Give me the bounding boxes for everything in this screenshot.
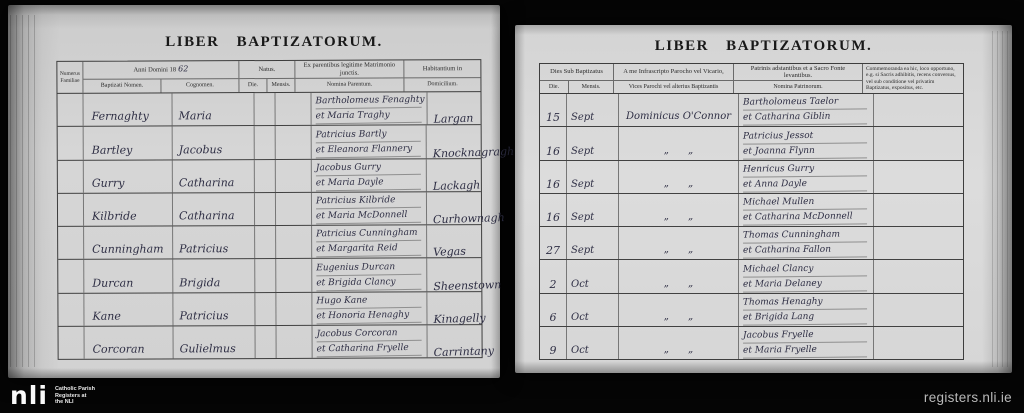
- father-name: Patricius Kilbride: [316, 193, 421, 210]
- header-minister-sub: Vices Parochi vel alterius Baptizantis: [614, 81, 733, 93]
- surname: Kilbride: [84, 193, 173, 226]
- right-table-header: Dies Sub Baptizatus Die. Mensis. A me In…: [540, 64, 963, 94]
- minister-ditto-marks: „ „: [619, 161, 739, 193]
- godfather-name: Bartholomeus Taelor: [743, 95, 867, 111]
- header-nomina-parentum: Nomina Parentum.: [295, 78, 403, 91]
- org-line: the NLI: [55, 399, 95, 406]
- godfather-name: Jacobus Fryelle: [743, 327, 867, 343]
- left-page-title: LIBER BAPTIZATORUM.: [8, 34, 520, 51]
- surname: Gurry: [84, 160, 173, 193]
- left-table-header: Numerus Familiae Anni Domini 18 62 Bapti…: [57, 60, 480, 94]
- header-mensis: Mensis.: [267, 79, 294, 92]
- table-row: Kilbride Catharina Patricius Kilbrideet …: [58, 192, 481, 227]
- table-row: 16 Sept „ „ Patricius Jessotet Joanna Fl…: [540, 127, 963, 160]
- godfather-name: Thomas Henaghy: [743, 294, 867, 310]
- left-table-body: Fernaghty Maria Bartholomeus Fenaghtyet …: [57, 92, 481, 359]
- domicile: Sheenstown: [433, 278, 501, 293]
- surname: Cunningham: [84, 226, 173, 259]
- minister-ditto-marks: „ „: [619, 194, 739, 226]
- baptism-month: Oct: [567, 260, 619, 292]
- right-table-body: 15 Sept Dominicus O'Connor Bartholomeus …: [540, 94, 963, 359]
- table-row: 6 Oct „ „ Thomas Henaghyet Brigida Lang: [540, 294, 963, 327]
- godfather-name: Patricius Jessot: [743, 128, 867, 144]
- mother-name: et Brigida Clancy: [316, 274, 421, 291]
- godfather-name: Michael Clancy: [743, 261, 867, 277]
- table-row: Fernaghty Maria Bartholomeus Fenaghtyet …: [57, 92, 480, 127]
- register-left-page: LIBER BAPTIZATORUM. Numerus Familiae Ann…: [8, 5, 500, 378]
- godmother-name: et Maria Delaney: [743, 276, 867, 292]
- baptism-day: 27: [540, 227, 567, 259]
- header-baptizati-nomen: Baptizati Nomen.: [83, 79, 161, 92]
- header-patrini: Patrinis adstantibus et a Sacro Fonte le…: [734, 64, 862, 81]
- domicile: Lackagh: [433, 178, 481, 192]
- domicile: Carrintany: [433, 344, 494, 359]
- godfather-name: Henricus Gurry: [743, 161, 867, 177]
- table-row: Gurry Catharina Jacobus Gurryet Maria Da…: [58, 159, 481, 194]
- right-register-table: Dies Sub Baptizatus Die. Mensis. A me In…: [539, 63, 964, 360]
- godfather-name: Michael Mullen: [743, 194, 867, 210]
- godmother-name: et Brigida Lang: [743, 309, 867, 325]
- surname: Durcan: [84, 260, 173, 293]
- nli-logo: nli: [10, 384, 48, 408]
- godfather-name: Thomas Cunningham: [743, 228, 867, 244]
- domicile: Largan: [433, 112, 473, 126]
- header-observations: Commemoranda ea hic, loco opportuno, e.g…: [863, 64, 963, 94]
- mother-name: et Honoria Henaghy: [316, 308, 421, 325]
- godmother-name: et Maria Fryelle: [743, 342, 867, 358]
- baptism-month: Sept: [567, 94, 619, 126]
- stacked-page-edges: [992, 31, 1010, 367]
- nli-branding: nli Catholic Parish Registers at the NLI: [10, 384, 95, 408]
- given-name: Maria: [172, 93, 254, 126]
- table-row: 9 Oct „ „ Jacobus Fryelleet Maria Fryell…: [540, 327, 963, 359]
- godmother-name: et Catharina Giblin: [743, 110, 867, 126]
- register-right-page: LIBER BAPTIZATORUM. Dies Sub Baptizatus …: [515, 25, 1012, 373]
- godmother-name: et Anna Dayle: [743, 176, 867, 192]
- mother-name: et Maria McDonnell: [316, 208, 421, 225]
- minister-ditto-marks: „ „: [619, 294, 739, 326]
- father-name: Jacobus Gurry: [316, 160, 421, 177]
- stacked-page-edges: [10, 15, 36, 367]
- godmother-name: et Catharina McDonnell: [743, 209, 867, 225]
- header-nomina-patrinorum: Nomina Patrinorum.: [734, 81, 862, 93]
- table-row: 2 Oct „ „ Michael Clancyet Maria Delaney: [540, 260, 963, 293]
- table-row: 16 Sept „ „ Michael Mullenet Catharina M…: [540, 194, 963, 227]
- table-row: 27 Sept „ „ Thomas Cunninghamet Catharin…: [540, 227, 963, 260]
- baptism-day: 2: [540, 260, 567, 292]
- baptism-day: 16: [540, 127, 567, 159]
- father-name: Hugo Kane: [316, 293, 421, 310]
- father-name: Eugenius Durcan: [316, 259, 421, 276]
- table-row: Bartley Jacobus Patricius Bartlyet Elean…: [58, 125, 481, 160]
- baptism-month: Sept: [567, 227, 619, 259]
- father-name: Jacobus Corcoran: [316, 326, 421, 343]
- baptism-day: 6: [540, 294, 567, 326]
- baptism-month: Sept: [567, 161, 619, 193]
- baptism-month: Sept: [567, 194, 619, 226]
- baptism-month: Sept: [567, 127, 619, 159]
- header-domicilium: Domicilium.: [404, 78, 480, 91]
- minister-name: Dominicus O'Connor: [619, 94, 739, 126]
- header-natus: Natus.: [239, 61, 294, 79]
- header-mensis: Mensis.: [569, 81, 613, 93]
- domicile: Vegas: [433, 245, 466, 259]
- surname: Kane: [84, 293, 173, 326]
- table-row: 16 Sept „ „ Henricus Gurryet Anna Dayle: [540, 161, 963, 194]
- header-dies-baptizatus: Dies Sub Baptizatus: [540, 64, 613, 81]
- minister-ditto-marks: „ „: [619, 227, 739, 259]
- header-habitantium-in: Habitantium in: [404, 60, 480, 78]
- left-register-table: Numerus Familiae Anni Domini 18 62 Bapti…: [56, 59, 482, 360]
- mother-name: et Maria Traghy: [315, 108, 421, 125]
- baptism-day: 16: [540, 161, 567, 193]
- baptism-day: 16: [540, 194, 567, 226]
- org-line: Catholic Parish: [55, 386, 95, 393]
- mother-name: et Margarita Reid: [316, 241, 421, 258]
- mother-name: et Catharina Fryelle: [317, 341, 422, 358]
- given-name: Brigida: [173, 259, 255, 292]
- header-anno-domini: Anni Domini 18 62: [83, 61, 238, 80]
- surname: Fernaghty: [83, 93, 172, 126]
- anno-printed: Anni Domini 18: [133, 66, 176, 73]
- table-row: Kane Patricius Hugo Kaneet Honoria Henag…: [58, 292, 481, 327]
- domicile: Knocknagragh: [433, 144, 515, 159]
- mother-name: et Maria Dayle: [316, 175, 421, 192]
- baptism-day: 15: [540, 94, 567, 126]
- minister-ditto-marks: „ „: [619, 260, 739, 292]
- site-watermark: registers.nli.ie: [924, 390, 1012, 405]
- nli-org-text: Catholic Parish Registers at the NLI: [55, 386, 95, 406]
- father-name: Patricius Bartly: [316, 126, 421, 143]
- header-minister: A me Infrascripto Parocho vel Vicario,: [614, 64, 733, 81]
- given-name: Catharina: [173, 160, 255, 193]
- mother-name: et Eleanora Flannery: [316, 141, 421, 158]
- header-numerus: Numerus Familiae: [57, 62, 82, 93]
- domicile: Kinagelly: [433, 311, 486, 326]
- table-row: 15 Sept Dominicus O'Connor Bartholomeus …: [540, 94, 963, 127]
- given-name: Catharina: [173, 193, 255, 226]
- given-name: Patricius: [173, 226, 255, 259]
- table-row: Cunningham Patricius Patricius Cunningha…: [58, 225, 481, 260]
- minister-ditto-marks: „ „: [619, 127, 739, 159]
- surname: Corcoran: [85, 326, 174, 359]
- godmother-name: et Joanna Flynn: [743, 143, 867, 159]
- baptism-month: Oct: [567, 327, 619, 359]
- table-row: Corcoran Gulielmus Jacobus Corcoranet Ca…: [59, 325, 482, 359]
- given-name: Gulielmus: [174, 326, 256, 359]
- baptism-month: Oct: [567, 294, 619, 326]
- godmother-name: et Catharina Fallon: [743, 243, 867, 259]
- header-die: Die.: [540, 81, 569, 93]
- table-row: Durcan Brigida Eugenius Durcanet Brigida…: [58, 258, 481, 293]
- header-die: Die.: [239, 79, 267, 92]
- surname: Bartley: [84, 127, 173, 160]
- given-name: Jacobus: [173, 126, 255, 159]
- anno-handwritten: 62: [178, 65, 188, 74]
- header-ex-parentibus: Ex parentibus legitime Matrimonio juncti…: [295, 60, 403, 78]
- domicile: Curhownagh: [433, 211, 505, 226]
- right-page-title: LIBER BAPTIZATORUM.: [515, 38, 1012, 55]
- given-name: Patricius: [173, 293, 255, 326]
- header-cognomen: Cognomen.: [161, 79, 238, 92]
- baptism-day: 9: [540, 327, 567, 359]
- minister-ditto-marks: „ „: [619, 327, 739, 359]
